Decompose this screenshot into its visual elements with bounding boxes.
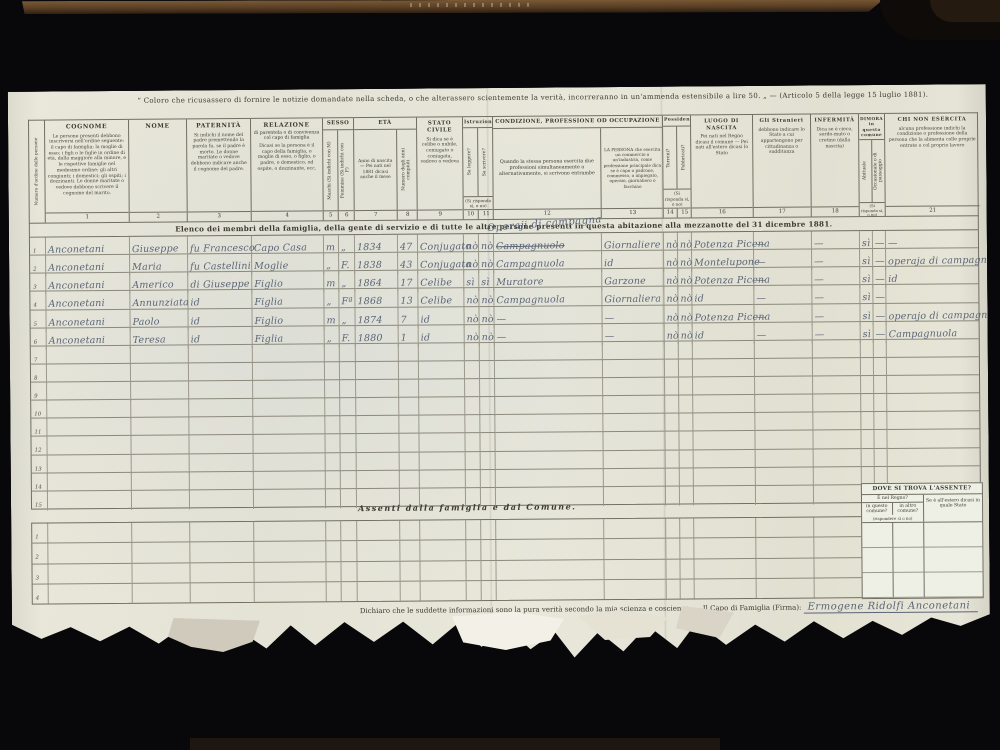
column-infermita: INFERMITÀ Dica se è cieco, sordo-muto o … (811, 114, 860, 216)
cell-stran (757, 578, 815, 598)
cell-relazione (254, 489, 326, 509)
cell-luogo (694, 538, 756, 558)
cell-stato (420, 470, 466, 489)
cell-fabb: nò (678, 305, 692, 326)
cell-anno (357, 452, 400, 471)
cell-scrive (480, 397, 495, 416)
cell-nome (131, 400, 189, 419)
cell-legge: nò (464, 307, 479, 328)
cell-pers (605, 580, 667, 600)
cell-fabb (680, 450, 694, 469)
cell-cognome (47, 418, 131, 438)
cell-terreni (666, 559, 680, 578)
cell-cond (495, 342, 603, 362)
cell-f (341, 489, 357, 508)
cell-inf (814, 517, 862, 537)
cell-luogo (693, 413, 755, 432)
cell-stran (755, 413, 813, 432)
cell-n: 10 (31, 401, 47, 420)
cell-luogo (694, 468, 756, 487)
cell-occ (874, 358, 887, 377)
cell-pers (604, 450, 666, 469)
cell-f (340, 398, 356, 417)
cell-m (326, 521, 341, 540)
cell-chi (887, 375, 981, 395)
cell-occ: — (873, 267, 886, 288)
cell-abit (861, 412, 874, 431)
cell-n: 15 (32, 491, 48, 510)
column-group-istruzione: Istruzione Sa leggere? Sa scrivere? (Si … (463, 117, 494, 219)
cell-occ (874, 376, 887, 395)
cell-scrive (481, 540, 496, 559)
cell-fabb (680, 539, 694, 558)
cell-inf (814, 558, 862, 578)
cell-cond (496, 560, 604, 580)
cell-legge (466, 540, 481, 559)
cell-nome (131, 418, 189, 437)
cell-fabb (680, 486, 694, 505)
cell-scrive: nò (479, 288, 494, 309)
dirt-specks (72, 691, 74, 693)
column-stranieri: Gli Stranieri debbono indicare lo Stato … (753, 115, 812, 217)
column-group-possidente: Possidente Terreni? Fabbricati? (Si risp… (663, 115, 692, 217)
cell-pers (604, 559, 666, 579)
cell-scrive (480, 361, 495, 380)
cell-stato (419, 361, 465, 380)
cell-f (341, 453, 357, 472)
cell-anno (357, 521, 400, 541)
cell-luogo: Potenza Picena (692, 232, 754, 253)
cell-scrive: nò (479, 307, 494, 328)
cell-relazione (253, 417, 325, 437)
cell-f (340, 380, 356, 399)
cell-relazione (253, 380, 325, 400)
cell-scrive (480, 415, 495, 434)
cell-n: 7 (31, 346, 47, 365)
cell-terreni: nò (664, 233, 678, 254)
cell-nome (132, 522, 190, 542)
cell-chi (887, 357, 981, 377)
cell-anni (400, 541, 420, 560)
cell-n: 14 (32, 473, 48, 492)
cell-scrive (481, 470, 496, 489)
cell-pers (603, 378, 665, 397)
cell-anno (357, 561, 400, 581)
cell-cognome (47, 436, 131, 456)
cell-scrive (481, 561, 496, 580)
cell-luogo (695, 579, 757, 599)
wooden-table-edge (22, 0, 884, 14)
cell-occ: — (873, 285, 886, 306)
cell-paternita (189, 417, 253, 437)
cell-nome (132, 454, 190, 473)
absent-location-box: DOVE SI TROVA L'ASSENTE? È nel Regno? in… (861, 482, 984, 599)
cell-occ: — (873, 231, 886, 252)
cell-relazione (255, 582, 327, 602)
cell-inf (814, 467, 862, 486)
cell-paternita (190, 490, 254, 510)
cell-nome (132, 543, 190, 563)
cell-stran (756, 538, 814, 558)
cell-terreni (666, 468, 680, 487)
cell-nome (132, 490, 190, 509)
cell-nome: Annunziata (130, 291, 188, 312)
cell-stato (420, 561, 466, 581)
cell-nome (131, 381, 189, 400)
cell-legge (465, 415, 480, 434)
cell-inf (813, 358, 861, 377)
cell-occ (875, 448, 888, 467)
cell-pers: Giornaliere (602, 233, 664, 254)
cell-stran (755, 395, 813, 414)
column-group-dimora: DIMORA in questo comune Abituale Occasio… (859, 114, 886, 216)
cell-anni (399, 362, 419, 381)
cell-fabb (680, 468, 694, 487)
cell-paternita (190, 563, 254, 583)
cell-stran (755, 377, 813, 396)
cell-relazione (254, 562, 326, 582)
cell-fabb: nò (678, 232, 692, 253)
bottom-surface-edge (190, 738, 720, 750)
cell-chi (887, 411, 981, 431)
cell-pers (604, 539, 666, 559)
column-relazione: RELAZIONE di parentela o di convivenza c… (251, 118, 324, 221)
cell-anno (358, 582, 401, 602)
cell-luogo: Potenza Picena (692, 304, 754, 325)
cell-anni (400, 561, 420, 580)
cell-terreni (665, 378, 679, 397)
absent-rows: 1234 (31, 515, 982, 605)
cell-occ (874, 430, 887, 449)
cell-relazione (254, 542, 326, 562)
cell-n: 1 (32, 524, 48, 543)
cell-stran (755, 358, 813, 377)
cell-terreni (665, 414, 679, 433)
cell-legge (466, 561, 481, 580)
cell-f (341, 541, 357, 560)
cell-n: 4 (33, 584, 49, 603)
cell-m (325, 435, 340, 454)
cell-anno (356, 416, 399, 435)
cell-relazione (253, 435, 325, 455)
cell-terreni: nò (664, 269, 678, 290)
cell-n: 11 (31, 419, 47, 438)
cell-inf (813, 394, 861, 413)
cell-luogo (694, 449, 756, 468)
column-group-eta: ETÀ Anno di nascita — Pei nati nel 1881 … (354, 118, 418, 220)
column-nome: NOME 2 (129, 119, 188, 221)
cell-cognome (48, 563, 132, 583)
cell-occ (874, 394, 887, 413)
cell-anno (357, 541, 400, 561)
cell-terreni (667, 579, 681, 598)
cell-anni (399, 434, 419, 453)
cell-fabb: nò (678, 251, 692, 272)
cell-cond (495, 378, 603, 398)
cell-relazione (254, 471, 326, 491)
census-sheet: “ Coloro che ricusassero di fornire le n… (8, 84, 990, 665)
cell-pers (603, 414, 665, 433)
cell-abit (861, 376, 874, 395)
cell-legge: nò (464, 289, 479, 310)
absent-box-grid (862, 522, 983, 598)
cell-anno (356, 380, 399, 399)
cell-fabb (679, 377, 693, 396)
cell-paternita (189, 363, 253, 383)
cell-pers (604, 519, 666, 539)
cell-legge (466, 520, 481, 539)
cell-m (326, 542, 341, 561)
cell-scrive (480, 379, 495, 398)
cell-scrive: nò (479, 252, 494, 273)
cell-scrive (480, 433, 495, 452)
cell-m (326, 453, 341, 472)
cell-f (341, 471, 357, 490)
cell-legge: nò (464, 234, 479, 255)
cell-paternita (190, 522, 254, 542)
cell-stato (420, 541, 466, 561)
cell-fabb (679, 432, 693, 451)
cell-scrive (481, 452, 496, 471)
census-table: Numero d'ordine delle persone COGNOME Le… (28, 112, 981, 509)
cell-chi (887, 430, 981, 450)
cell-relazione (253, 362, 325, 382)
cell-stran (756, 518, 814, 538)
cell-cognome (49, 584, 133, 604)
cell-nome (131, 436, 189, 455)
cell-relazione (254, 521, 326, 541)
cell-terreni: nò (664, 305, 678, 326)
cell-scrive: nò (479, 234, 494, 255)
cell-cond (495, 414, 603, 434)
column-cognome: COGNOME Le persone presenti debbono insc… (45, 120, 130, 223)
cell-scrive (482, 581, 497, 600)
column-chi-non-esercita: CHI NON ESERCITA alcuna professione indi… (885, 113, 980, 216)
cell-terreni (665, 432, 679, 451)
cell-legge (465, 379, 480, 398)
cell-terreni: nò (664, 251, 678, 272)
cell-fabb (679, 414, 693, 433)
cell-n: 2 (32, 544, 48, 563)
cell-cognome (48, 523, 132, 543)
cell-cond (497, 580, 605, 600)
cell-cond (495, 360, 603, 380)
column-row-number: Numero d'ordine delle persone (29, 121, 46, 223)
cell-pers (603, 360, 665, 379)
cell-m (326, 489, 341, 508)
cell-abit (861, 394, 874, 413)
cell-chi (888, 448, 982, 468)
cell-paternita (190, 472, 254, 492)
cell-terreni: nò (664, 287, 678, 308)
cell-f (341, 562, 357, 581)
cell-abit (861, 358, 874, 377)
cell-anni (399, 398, 419, 417)
cell-cognome (47, 364, 131, 384)
cell-occ (874, 412, 887, 431)
cell-m (326, 471, 341, 490)
cell-cond (496, 539, 604, 559)
cell-cognome (48, 473, 132, 493)
cell-cognome (48, 454, 132, 474)
cell-inf (813, 431, 861, 450)
cell-cognome (48, 543, 132, 563)
table-header: Numero d'ordine delle persone COGNOME Le… (28, 112, 979, 222)
cell-stran (756, 558, 814, 578)
cell-luogo (694, 518, 756, 538)
cell-terreni (666, 486, 680, 505)
cell-chi: operaja di campagna (886, 248, 980, 270)
cell-fabb (679, 359, 693, 378)
cell-f (341, 521, 357, 540)
cell-inf (813, 376, 861, 395)
cell-cognome (47, 382, 131, 402)
cell-inf (814, 537, 862, 557)
cell-m (326, 562, 341, 581)
cell-terreni (666, 450, 680, 469)
cell-n: 12 (31, 437, 47, 456)
cell-luogo (694, 486, 756, 505)
cell-pers (603, 396, 665, 415)
cell-luogo (694, 559, 756, 579)
column-luogo-nascita: LUOGO DI NASCITA Pei nati nel Regno dica… (691, 115, 754, 217)
cell-stran (756, 485, 814, 504)
cell-paternita (190, 542, 254, 562)
torn-paper-scrap (452, 612, 564, 650)
photographed-census-document: “ Coloro che ricusassero di fornire le n… (0, 0, 1000, 750)
cell-terreni (665, 359, 679, 378)
declaration-line: Dichiaro che le suddette informazioni so… (360, 600, 978, 616)
cell-stato (419, 397, 465, 416)
cell-paternita (191, 583, 255, 603)
cell-paternita (189, 381, 253, 401)
cell-pers (603, 432, 665, 451)
cell-cognome (48, 491, 132, 511)
cell-nome (132, 472, 190, 491)
cell-luogo (693, 395, 755, 414)
cell-paternita (189, 399, 253, 419)
cell-paternita: fu Francesco (188, 236, 252, 258)
cell-abit (861, 430, 874, 449)
cell-relazione (253, 398, 325, 418)
cell-n: 9 (31, 383, 47, 402)
census-rows: 1AnconetaniGiuseppefu FrancescoCapo Casa… (29, 229, 981, 509)
cell-m (325, 362, 340, 381)
cell-scrive (481, 520, 496, 539)
cell-m (325, 380, 340, 399)
cell-nome (132, 563, 190, 583)
cell-pers (604, 468, 666, 487)
cell-f (340, 416, 356, 435)
cell-luogo (693, 377, 755, 396)
cell-cond (495, 433, 603, 453)
cell-fabb: nò (678, 287, 692, 308)
cell-stato (420, 452, 466, 471)
cell-n: 3 (32, 564, 48, 583)
head-of-family-signature: Ermogene Ridolfi Anconetani (804, 600, 979, 613)
column-group-sesso: SESSO Maschi (Si indichi con M) Femmine … (323, 118, 355, 220)
column-stato-civile: STATO CIVILE Si dica se è celibe o nubil… (417, 117, 464, 219)
cell-stato (419, 434, 465, 453)
cell-cognome (47, 400, 131, 420)
photo-corner-shadow (880, 0, 1000, 40)
cell-relazione (254, 453, 326, 473)
cell-anno (356, 362, 399, 381)
cell-inf (815, 578, 863, 598)
cell-occ: — (873, 249, 886, 270)
cell-legge (465, 361, 480, 380)
cell-inf (814, 485, 862, 504)
cell-legge (466, 470, 481, 489)
cell-cond (496, 519, 604, 539)
cell-terreni (665, 396, 679, 415)
cell-stato (419, 416, 465, 435)
cell-anni (400, 470, 420, 489)
cell-stato (421, 581, 467, 601)
cell-nome (133, 583, 191, 603)
penalty-note: “ Coloro che ricusassero di fornire le n… (113, 90, 953, 105)
cell-fabb: nò (678, 269, 692, 290)
cell-anni (399, 416, 419, 435)
cell-m (325, 416, 340, 435)
cell-inf (813, 412, 861, 431)
torn-paper-scrap (168, 618, 260, 652)
cell-anno (357, 470, 400, 489)
absent-section-title: Assenti dalla famiglia e dal Comune. (358, 501, 576, 513)
cell-terreni (666, 519, 680, 538)
cell-n: 8 (31, 364, 47, 383)
cell-legge (466, 452, 481, 471)
cell-cond (496, 469, 604, 489)
cell-chi (887, 393, 981, 413)
cell-stran (756, 467, 814, 486)
cell-legge: nò (464, 252, 479, 273)
cell-pers (604, 486, 666, 505)
cell-fabb (681, 579, 695, 598)
cell-f (340, 434, 356, 453)
cell-pers: Giornaliera (602, 287, 664, 308)
cell-chi: operajo di campagna (886, 303, 980, 325)
cell-f (342, 582, 358, 601)
cell-legge (465, 397, 480, 416)
cell-stran (755, 431, 813, 450)
column-group-condizione: CONDIZIONE, PROFESSIONE OD OCCUPAZIONE Q… (493, 116, 664, 219)
cell-anno (356, 434, 399, 453)
cell-stato: Conjugato (418, 234, 464, 255)
cell-fabb (680, 559, 694, 578)
cell-m (327, 582, 342, 601)
cell-f (340, 362, 356, 381)
cell-inf (814, 449, 862, 468)
cell-legge (467, 581, 482, 600)
cell-anni (399, 380, 419, 399)
cell-paternita (189, 435, 253, 455)
cell-abit (862, 449, 875, 468)
cell-occ: — (873, 303, 886, 324)
cell-stato (419, 379, 465, 398)
cell-legge (465, 434, 480, 453)
cell-cond (496, 451, 604, 471)
cell-m (325, 398, 340, 417)
cell-luogo (693, 431, 755, 450)
cell-terreni (666, 539, 680, 558)
cell-luogo (693, 359, 755, 378)
cell-stran (756, 449, 814, 468)
cell-anno (356, 398, 399, 417)
cell-anni (400, 521, 420, 540)
cell-cond (495, 396, 603, 416)
cell-paternita (190, 453, 254, 473)
